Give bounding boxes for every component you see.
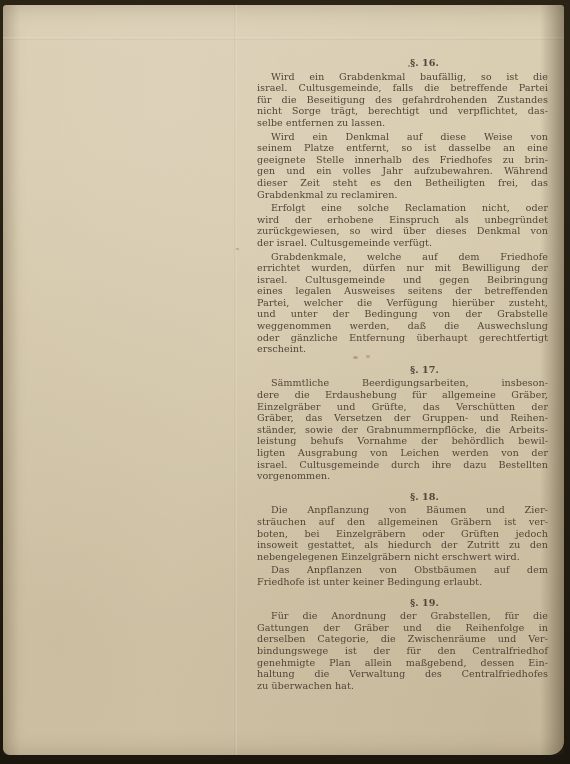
text-line: genehmigte Plan allein maßgebend, dessen…	[257, 658, 548, 670]
text-line: errichtet wurden, dürfen nur mit Bewilli…	[257, 263, 548, 275]
section-heading: §. 18.	[257, 492, 548, 504]
text-line: seinem Platze entfernt, so ist dasselbe …	[257, 143, 548, 155]
text-line: Gattungen der Gräber und die Reihenfolge…	[257, 623, 548, 635]
text-line: erscheint.	[257, 344, 548, 356]
text-line: geeignete Stelle innerhalb des Friedhofe…	[257, 155, 548, 167]
text-line: ligten Ausgrabung von Leichen werden von…	[257, 448, 548, 460]
text-line: Das Anpflanzen von Obstbäumen auf dem	[257, 565, 548, 577]
paragraph: Das Anpflanzen von Obstbäumen auf demFri…	[257, 565, 548, 588]
text-line: zurückgewiesen, so wird über dieses Denk…	[257, 226, 548, 238]
text-line: zu überwachen hat.	[257, 681, 548, 693]
paragraph: Wird ein Grabdenkmal baufällig, so ist d…	[257, 72, 548, 130]
text-line: boten, bei Einzelgräbern oder Grüften je…	[257, 529, 548, 541]
text-line: nebengelegenen Einzelgräbern nicht ersch…	[257, 552, 548, 564]
paragraph: Sämmtliche Beerdigungsarbeiten, insbeson…	[257, 378, 548, 482]
text-line: gen und ein volles Jahr aufzubewahren. W…	[257, 166, 548, 178]
text-line: Einzelgräber und Grüfte, das Verschütten…	[257, 402, 548, 414]
text-line: eines legalen Ausweises seitens der betr…	[257, 286, 548, 298]
text-line: Friedhofe ist unter keiner Bedingung erl…	[257, 577, 548, 589]
section-heading: §. 17.	[257, 365, 548, 377]
section-heading: §. 19.	[257, 598, 548, 610]
document-text-block: §. 16.Wird ein Grabdenkmal baufällig, so…	[257, 55, 548, 692]
paragraph: Die Anpflanzung von Bäumen und Zier-strä…	[257, 505, 548, 563]
text-line: israel. Cultusgemeinde durch ihre dazu B…	[257, 460, 548, 472]
text-line: dere die Erdaushebung für allgemeine Grä…	[257, 390, 548, 402]
text-line: Für die Anordnung der Grabstellen, für d…	[257, 611, 548, 623]
text-line: Gräber, das Versetzen der Gruppen- und R…	[257, 413, 548, 425]
text-line: dieser Zeit steht es den Betheiligten fr…	[257, 178, 548, 190]
text-line: Partei, welcher die Verfügung hierüber z…	[257, 298, 548, 310]
section-heading: §. 16.	[257, 58, 548, 70]
paragraph: Grabdenkmale, welche auf dem Friedhofeer…	[257, 252, 548, 356]
paragraph: Erfolgt eine solche Reclamation nicht, o…	[257, 203, 548, 249]
text-line: weggenommen werden, daß die Auswechslung	[257, 321, 548, 333]
page-edge-shadow	[540, 5, 564, 755]
text-line: und unter der Bedingung von der Grabstel…	[257, 309, 548, 321]
text-line: leistung behufs Vornahme der behördlich …	[257, 436, 548, 448]
text-line: für die Beseitigung des gefahrdrohenden …	[257, 95, 548, 107]
paragraph: Für die Anordnung der Grabstellen, für d…	[257, 611, 548, 692]
paper-speck	[236, 248, 239, 250]
text-line: bindungswege ist der für den Centralfrie…	[257, 646, 548, 658]
paragraph: Wird ein Denkmal auf diese Weise vonsein…	[257, 132, 548, 202]
text-line: der israel. Cultusgemeinde verfügt.	[257, 238, 548, 250]
scanned-document-page: §. 16.Wird ein Grabdenkmal baufällig, so…	[3, 5, 564, 755]
vertical-fold-crease	[234, 5, 237, 755]
horizontal-fold-crease	[3, 37, 564, 40]
text-line: Sämmtliche Beerdigungsarbeiten, insbeson…	[257, 378, 548, 390]
text-line: insoweit gestattet, als hiedurch der Zut…	[257, 540, 548, 552]
text-line: Wird ein Grabdenkmal baufällig, so ist d…	[257, 72, 548, 84]
text-line: wird der erhobene Einspruch als unbegrün…	[257, 215, 548, 227]
text-line: selbe entfernen zu lassen.	[257, 118, 548, 130]
text-line: nicht Sorge trägt, berechtigt und verpfl…	[257, 106, 548, 118]
text-line: israel. Cultusgemeinde und gegen Beibrin…	[257, 275, 548, 287]
text-line: Grabdenkmale, welche auf dem Friedhofe	[257, 252, 548, 264]
text-line: ständer, sowie der Grabnummernpflöcke, d…	[257, 425, 548, 437]
text-line: Erfolgt eine solche Reclamation nicht, o…	[257, 203, 548, 215]
text-line: haltung die Verwaltung des Centralfriedh…	[257, 669, 548, 681]
text-line: israel. Cultusgemeinde, falls die betref…	[257, 83, 548, 95]
text-line: vorgenommen.	[257, 471, 548, 483]
text-line: derselben Categorie, die Zwischenräume u…	[257, 634, 548, 646]
text-line: sträuchen auf den allgemeinen Gräbern is…	[257, 517, 548, 529]
text-line: Die Anpflanzung von Bäumen und Zier-	[257, 505, 548, 517]
text-line: oder gänzliche Entfernung überhaupt gere…	[257, 333, 548, 345]
text-line: Grabdenkmal zu reclamiren.	[257, 190, 548, 202]
text-line: Wird ein Denkmal auf diese Weise von	[257, 132, 548, 144]
